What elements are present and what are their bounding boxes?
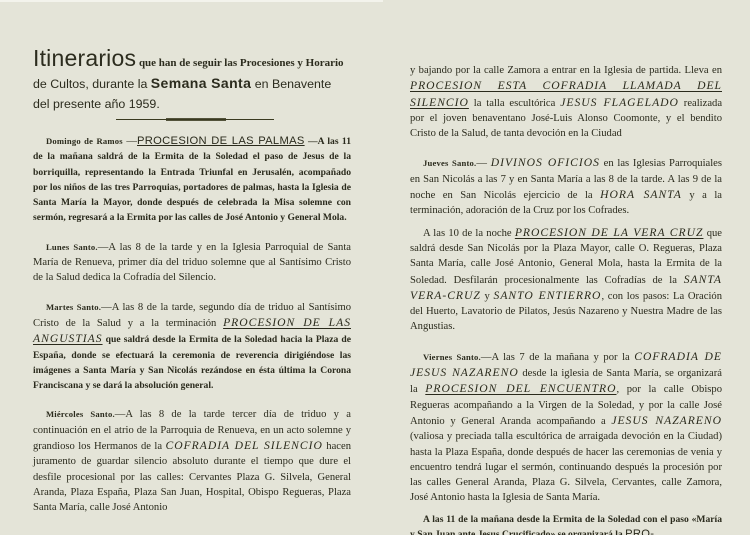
hora-santa-title: HORA SANTA xyxy=(600,188,682,201)
section-text: la talla escultórica xyxy=(469,98,560,109)
heading-year: del presente año 1959. xyxy=(33,97,160,111)
section-text: y xyxy=(481,291,494,302)
day-label: Viernes Santo. xyxy=(423,352,481,362)
heading-semana-santa: Semana Santa xyxy=(151,75,252,91)
day-label: Lunes Santo. xyxy=(46,242,98,252)
day-label: Jueves Santo. xyxy=(423,158,476,168)
cofradia-name: SANTO ENTIERRO xyxy=(494,289,602,302)
section-martes-santo: Martes Santo.—A las 8 de la tarde, segun… xyxy=(33,300,351,394)
section-vera-cruz: A las 10 de la noche PROCESION DE LA VER… xyxy=(410,225,722,335)
section-text: y bajando por la calle Zamora a entrar e… xyxy=(410,65,722,76)
heading-divider xyxy=(116,118,274,122)
heading-subtitle: que han de seguir las Procesiones y Hora… xyxy=(136,57,343,69)
day-label: Domingo de Ramos xyxy=(46,136,123,146)
procession-title: PROCESION DE LAS PALMAS xyxy=(137,135,305,147)
section-text: —A las 11 de la mañana saldrá de la Ermi… xyxy=(33,136,351,223)
section-jueves-santo: Jueves Santo.— DIVINOS OFICIOS en las Ig… xyxy=(410,155,722,218)
section-text: A las 10 de la noche xyxy=(423,228,515,239)
right-page-column: y bajando por la calle Zamora a entrar e… xyxy=(410,0,722,535)
section-viernes-santo: Viernes Santo.—A las 7 de la mañana y po… xyxy=(410,349,722,506)
section-lunes-santo: Lunes Santo.—A las 8 de la tarde y en la… xyxy=(33,240,351,286)
procession-title: PROCESION DEL ENCUENTRO xyxy=(425,382,616,395)
heading-itinerarios: Itinerarios xyxy=(33,45,136,71)
procession-title: PRO- xyxy=(625,528,654,535)
section-viernes-once: A las 11 de la mañana desde la Ermita de… xyxy=(410,512,722,535)
section-continuation: y bajando por la calle Zamora a entrar e… xyxy=(410,63,722,141)
section-text: —A las 7 de la mañana y por la xyxy=(481,352,634,363)
heading-line2a: de Cultos, durante la xyxy=(33,77,151,91)
section-text: (valiosa y preciada talla escultórica de… xyxy=(410,431,722,503)
dash: — xyxy=(123,136,137,147)
dash: — xyxy=(476,158,490,169)
paso-name: JESUS NAZARENO xyxy=(611,414,722,427)
procession-title: PROCESION DE LA VERA CRUZ xyxy=(515,226,704,239)
day-label: Miércoles Santo. xyxy=(46,409,115,419)
cofradia-name: COFRADIA DEL SILENCIO xyxy=(165,439,322,452)
section-miercoles-santo: Miércoles Santo.—A las 8 de la tarde ter… xyxy=(33,407,351,515)
section-domingo-de-ramos: Domingo de Ramos —PROCESION DE LAS PALMA… xyxy=(33,134,351,226)
document-heading: Itinerarios que han de seguir las Proces… xyxy=(33,48,351,114)
paso-name: JESUS FLAGELADO xyxy=(560,96,679,109)
left-page-column: Itinerarios que han de seguir las Proces… xyxy=(33,0,351,516)
heading-line2b: en Benavente xyxy=(251,77,331,91)
oficios-title: DIVINOS OFICIOS xyxy=(491,156,600,169)
day-label: Martes Santo. xyxy=(46,302,101,312)
section-text: A las 11 de la mañana desde la Ermita de… xyxy=(410,514,722,535)
